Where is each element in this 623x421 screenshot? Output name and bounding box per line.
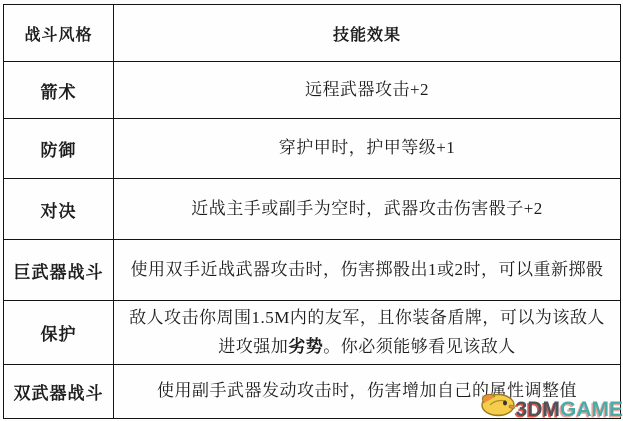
style-label-archery: 箭术	[4, 62, 114, 119]
effect-text-emphasis: 劣势	[288, 337, 323, 356]
table-row-archery: 箭术 远程武器攻击+2	[4, 62, 621, 119]
effect-text-after: 。你必须能够看见该敌人	[323, 337, 516, 356]
combat-style-table: 战斗风格 技能效果 箭术 远程武器攻击+2 防御 穿护甲时，护甲等级+1 对决 …	[3, 4, 621, 419]
effect-text-protection: 敌人攻击你周围1.5M内的友军，且你装备盾牌，可以为该敌人进攻强加劣势。你必须能…	[114, 301, 621, 365]
table-row-duel: 对决 近战主手或副手为空时，武器攻击伤害骰子+2	[4, 179, 621, 240]
table-header-row: 战斗风格 技能效果	[4, 5, 621, 62]
table-row-protection: 保护 敌人攻击你周围1.5M内的友军，且你装备盾牌，可以为该敌人进攻强加劣势。你…	[4, 301, 621, 365]
style-label-duel: 对决	[4, 179, 114, 240]
table-row-defense: 防御 穿护甲时，护甲等级+1	[4, 119, 621, 179]
header-skill-effect: 技能效果	[114, 5, 621, 62]
style-label-great-weapon: 巨武器战斗	[4, 240, 114, 301]
style-label-dual-wield: 双武器战斗	[4, 365, 114, 419]
effect-text-archery: 远程武器攻击+2	[114, 62, 621, 119]
table-row-great-weapon: 巨武器战斗 使用双手近战武器攻击时，伤害掷骰出1或2时，可以重新掷骰	[4, 240, 621, 301]
style-label-defense: 防御	[4, 119, 114, 179]
effect-text-defense: 穿护甲时，护甲等级+1	[114, 119, 621, 179]
combat-style-guide-page: 战斗风格 技能效果 箭术 远程武器攻击+2 防御 穿护甲时，护甲等级+1 对决 …	[0, 0, 623, 421]
style-label-protection: 保护	[4, 301, 114, 365]
effect-text-great-weapon: 使用双手近战武器攻击时，伤害掷骰出1或2时，可以重新掷骰	[114, 240, 621, 301]
header-combat-style: 战斗风格	[4, 5, 114, 62]
table-row-dual-wield: 双武器战斗 使用副手武器发动攻击时，伤害增加自己的属性调整值	[4, 365, 621, 419]
effect-text-dual-wield: 使用副手武器发动攻击时，伤害增加自己的属性调整值	[114, 365, 621, 419]
effect-text-duel: 近战主手或副手为空时，武器攻击伤害骰子+2	[114, 179, 621, 240]
